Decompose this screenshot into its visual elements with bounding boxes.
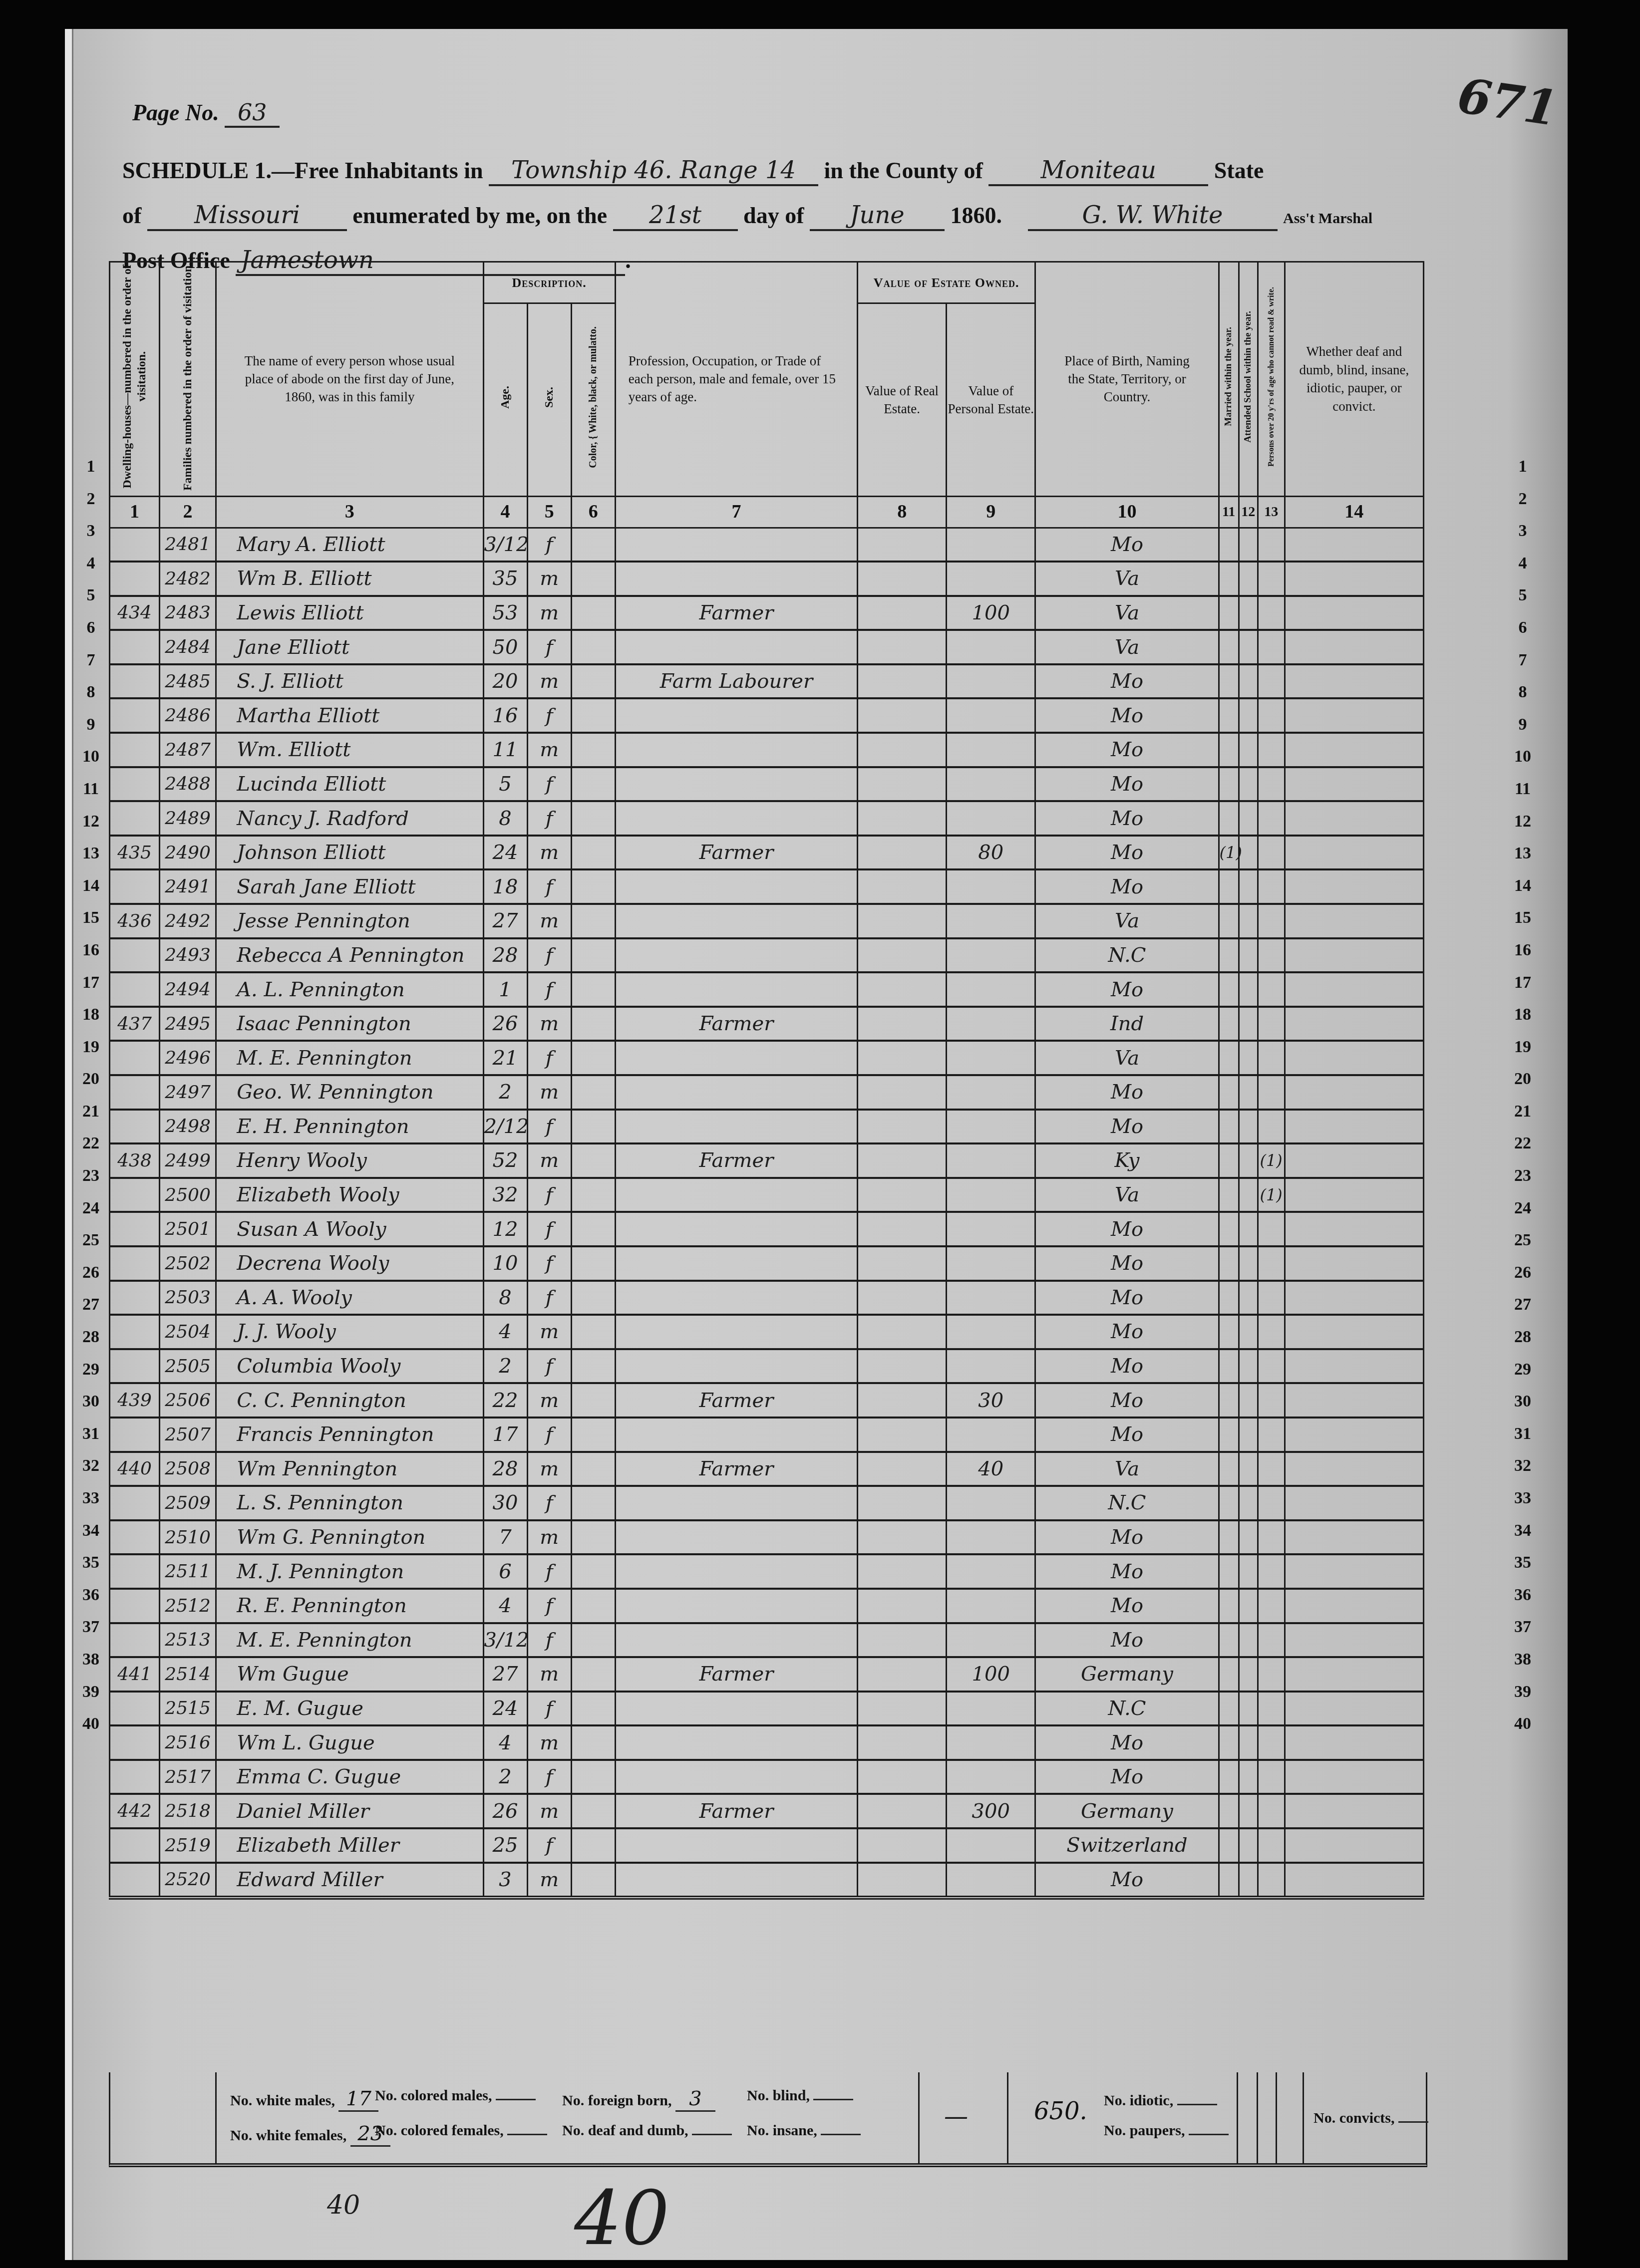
person-name-cell: Wm Gugue <box>216 1657 483 1692</box>
dwelling-number-cell <box>110 562 160 596</box>
married-within-year-cell <box>1219 1110 1239 1144</box>
col-num: 3 <box>216 496 483 528</box>
occupation-cell: Farmer <box>615 1383 857 1417</box>
family-number-cell: 2513 <box>160 1623 216 1658</box>
condition-cell <box>1285 1007 1423 1041</box>
condition-cell <box>1285 1452 1423 1486</box>
real-estate-value-cell <box>858 869 947 904</box>
col-num: 1 <box>110 496 160 528</box>
personal-estate-value-cell <box>947 1486 1035 1520</box>
condition-cell <box>1285 1623 1423 1658</box>
attended-school-cell <box>1239 801 1258 836</box>
married-within-year-cell <box>1219 698 1239 733</box>
table-row: 2488Lucinda Elliott5fMo <box>110 767 1424 802</box>
line-number: 8 <box>1508 676 1538 709</box>
birthplace-cell: Va <box>1035 596 1219 630</box>
family-number-cell: 2514 <box>160 1657 216 1692</box>
col-num: 11 <box>1219 496 1239 528</box>
occupation-cell <box>615 1623 857 1658</box>
color-cell <box>571 1725 615 1760</box>
line-number: 39 <box>76 1676 106 1708</box>
table-row: 2504J. J. Wooly4mMo <box>110 1315 1424 1349</box>
family-number-cell: 2516 <box>160 1725 216 1760</box>
sex-cell: f <box>527 698 571 733</box>
married-within-year-cell <box>1219 1452 1239 1486</box>
cannot-read-write-cell <box>1258 1110 1285 1144</box>
attended-school-cell <box>1239 1281 1258 1315</box>
line-number: 12 <box>76 806 106 838</box>
dwelling-number-cell <box>110 1178 160 1212</box>
sex-cell: m <box>527 1520 571 1555</box>
white-females-field: No. white females, 23 <box>230 2122 390 2147</box>
cannot-read-write-cell <box>1258 1520 1285 1555</box>
attended-school-cell <box>1239 1760 1258 1794</box>
age-cell: 27 <box>483 1657 527 1692</box>
table-row: 4412514Wm Gugue27mFarmer100Germany <box>110 1657 1424 1692</box>
convicts-field: No. convicts, <box>1313 2110 1428 2127</box>
sex-cell: m <box>527 1794 571 1828</box>
attended-school-cell <box>1239 938 1258 973</box>
person-name-cell: Jane Elliott <box>216 630 483 664</box>
real-estate-value-cell <box>858 1075 947 1110</box>
table-row: 2503A. A. Wooly8fMo <box>110 1281 1424 1315</box>
personal-estate-value-cell <box>947 630 1035 664</box>
cannot-read-write-cell <box>1258 562 1285 596</box>
condition-cell <box>1285 1383 1423 1417</box>
color-cell <box>571 1828 615 1863</box>
census-table: Dwelling-houses—numbered in the order of… <box>109 261 1424 1900</box>
age-cell: 26 <box>483 1007 527 1041</box>
sex-cell: f <box>527 767 571 802</box>
occupation-cell <box>615 562 857 596</box>
birthplace-cell: Mo <box>1035 869 1219 904</box>
birthplace-cell: Mo <box>1035 1212 1219 1246</box>
married-within-year-cell <box>1219 1486 1239 1520</box>
family-number-cell: 2505 <box>160 1349 216 1384</box>
line-number: 27 <box>1508 1289 1538 1321</box>
line-number: 6 <box>76 612 106 644</box>
real-estate-value-cell <box>858 1417 947 1452</box>
family-number-cell: 2496 <box>160 1041 216 1075</box>
birthplace-cell: Va <box>1035 1178 1219 1212</box>
attended-school-cell <box>1239 1212 1258 1246</box>
line-number: 15 <box>76 902 106 934</box>
table-row: 2510Wm G. Pennington7mMo <box>110 1520 1424 1555</box>
birthplace-cell: Mo <box>1035 767 1219 802</box>
birthplace-cell: Switzerland <box>1035 1828 1219 1863</box>
person-name-cell: E. M. Gugue <box>216 1692 483 1726</box>
real-estate-value-cell <box>858 1520 947 1555</box>
cannot-read-write-cell <box>1258 1281 1285 1315</box>
age-cell: 2/12 <box>483 1110 527 1144</box>
color-cell <box>571 1452 615 1486</box>
sex-cell: f <box>527 801 571 836</box>
married-within-year-cell <box>1219 1623 1239 1658</box>
dwelling-number-cell <box>110 938 160 973</box>
family-number-cell: 2486 <box>160 698 216 733</box>
line-number: 6 <box>1508 612 1538 644</box>
birthplace-cell: Germany <box>1035 1657 1219 1692</box>
person-name-cell: Decrena Wooly <box>216 1246 483 1281</box>
line-number: 3 <box>76 515 106 548</box>
birthplace-cell: Mo <box>1035 1520 1219 1555</box>
condition-cell <box>1285 1863 1423 1898</box>
line-number: 23 <box>76 1160 106 1192</box>
condition-cell <box>1285 1075 1423 1110</box>
personal-estate-value-cell <box>947 1589 1035 1623</box>
line-number: 11 <box>76 773 106 806</box>
person-name-cell: E. H. Pennington <box>216 1110 483 1144</box>
color-cell <box>571 1520 615 1555</box>
person-name-cell: A. L. Pennington <box>216 972 483 1007</box>
occupation-cell <box>615 1041 857 1075</box>
dwelling-number-cell: 434 <box>110 596 160 630</box>
col-num: 9 <box>947 496 1035 528</box>
line-number: 14 <box>1508 870 1538 902</box>
sex-cell: f <box>527 1417 571 1452</box>
married-within-year-cell <box>1219 1863 1239 1898</box>
occupation-cell <box>615 698 857 733</box>
personal-estate-value-cell <box>947 1623 1035 1658</box>
attended-school-cell <box>1239 1110 1258 1144</box>
col-header-personal-estate: Value of Personal Estate. <box>947 303 1035 496</box>
table-row: 2511M. J. Pennington6fMo <box>110 1554 1424 1589</box>
color-cell <box>571 801 615 836</box>
family-number-cell: 2489 <box>160 801 216 836</box>
cannot-read-write-cell <box>1258 972 1285 1007</box>
sex-cell: f <box>527 1041 571 1075</box>
line-number: 7 <box>76 644 106 677</box>
sex-cell: f <box>527 1692 571 1726</box>
attended-school-cell <box>1239 562 1258 596</box>
dwelling-number-cell <box>110 1349 160 1384</box>
line-number: 7 <box>1508 644 1538 677</box>
condition-cell <box>1285 1143 1423 1178</box>
family-number-cell: 2512 <box>160 1589 216 1623</box>
page-edge <box>65 29 73 2260</box>
summary-footer: No. white males, 17 No. white females, 2… <box>109 2072 1427 2167</box>
dwelling-number-cell <box>110 1315 160 1349</box>
sex-cell: f <box>527 1760 571 1794</box>
line-number: 30 <box>76 1386 106 1418</box>
personal-estate-value-cell <box>947 1281 1035 1315</box>
dwelling-number-cell <box>110 1520 160 1555</box>
condition-cell <box>1285 562 1423 596</box>
married-within-year-cell <box>1219 1212 1239 1246</box>
table-row: 2496M. E. Pennington21fVa <box>110 1041 1424 1075</box>
real-estate-value-cell <box>858 698 947 733</box>
family-number-cell: 2519 <box>160 1828 216 1863</box>
dwelling-number-cell <box>110 1760 160 1794</box>
birthplace-cell: Mo <box>1035 836 1219 870</box>
page-number: Page No. 63 <box>132 99 280 128</box>
line-number: 1 <box>1508 451 1538 483</box>
person-name-cell: Elizabeth Miller <box>216 1828 483 1863</box>
col-header-school: Attended School within the year. <box>1239 262 1258 497</box>
birthplace-cell: Mo <box>1035 1110 1219 1144</box>
dwelling-number-cell <box>110 1212 160 1246</box>
family-number-cell: 2487 <box>160 733 216 767</box>
real-estate-value-cell <box>858 1589 947 1623</box>
margin-note-large-count: 40 <box>574 2175 669 2262</box>
personal-estate-value-cell <box>947 1110 1035 1144</box>
attended-school-cell <box>1239 1246 1258 1281</box>
col-header-married: Married within the year. <box>1219 262 1239 497</box>
color-cell <box>571 1143 615 1178</box>
married-within-year-cell <box>1219 1828 1239 1863</box>
stamp-number: 671 <box>1454 67 1561 137</box>
condition-cell <box>1285 1589 1423 1623</box>
person-name-cell: Wm. Elliott <box>216 733 483 767</box>
married-within-year-cell <box>1219 1760 1239 1794</box>
personal-estate-value-cell <box>947 664 1035 699</box>
real-estate-value-cell <box>858 1178 947 1212</box>
attended-school-cell <box>1239 1692 1258 1726</box>
real-estate-value-cell <box>858 1007 947 1041</box>
family-number-cell: 2503 <box>160 1281 216 1315</box>
attended-school-cell <box>1239 1725 1258 1760</box>
table-row: 2493Rebecca A Pennington28fN.C <box>110 938 1424 973</box>
line-number: 33 <box>76 1482 106 1515</box>
birthplace-cell: N.C <box>1035 1486 1219 1520</box>
birthplace-cell: Mo <box>1035 1725 1219 1760</box>
personal-estate-value-cell <box>947 869 1035 904</box>
age-cell: 32 <box>483 1178 527 1212</box>
col-header-illiterate: Persons over 20 y'rs of age who cannot r… <box>1258 262 1285 497</box>
family-number-cell: 2494 <box>160 972 216 1007</box>
attended-school-cell <box>1239 1589 1258 1623</box>
real-estate-value-cell <box>858 1828 947 1863</box>
family-number-cell: 2509 <box>160 1486 216 1520</box>
occupation-cell <box>615 1554 857 1589</box>
census-rows: 2481Mary A. Elliott3/12fMo2482Wm B. Elli… <box>110 528 1424 1898</box>
age-cell: 17 <box>483 1417 527 1452</box>
color-cell <box>571 1041 615 1075</box>
married-within-year-cell <box>1219 1554 1239 1589</box>
cannot-read-write-cell <box>1258 836 1285 870</box>
col-num: 12 <box>1239 496 1258 528</box>
age-cell: 24 <box>483 1692 527 1726</box>
sex-cell: m <box>527 1315 571 1349</box>
line-number: 22 <box>76 1128 106 1160</box>
color-cell <box>571 1486 615 1520</box>
person-name-cell: Wm L. Gugue <box>216 1725 483 1760</box>
color-cell <box>571 1794 615 1828</box>
dwelling-number-cell <box>110 1589 160 1623</box>
dwelling-number-cell <box>110 664 160 699</box>
condition-cell <box>1285 1041 1423 1075</box>
real-estate-value-cell <box>858 1349 947 1384</box>
person-name-cell: M. E. Pennington <box>216 1041 483 1075</box>
cannot-read-write-cell <box>1258 1315 1285 1349</box>
age-cell: 8 <box>483 801 527 836</box>
line-number: 38 <box>76 1644 106 1676</box>
line-number: 17 <box>76 967 106 999</box>
color-cell <box>571 1178 615 1212</box>
line-number: 4 <box>1508 548 1538 580</box>
real-estate-value-cell <box>858 1760 947 1794</box>
margin-note-count: 40 <box>327 2190 360 2220</box>
cannot-read-write-cell <box>1258 698 1285 733</box>
col-num: 13 <box>1258 496 1285 528</box>
attended-school-cell <box>1239 1452 1258 1486</box>
occupation-cell <box>615 1417 857 1452</box>
line-number: 26 <box>1508 1257 1538 1289</box>
foreign-born-field: No. foreign born, 3 <box>562 2087 715 2112</box>
person-name-cell: Johnson Elliott <box>216 836 483 870</box>
condition-cell <box>1285 1692 1423 1726</box>
dwelling-number-cell <box>110 1110 160 1144</box>
table-row: 2507Francis Pennington17fMo <box>110 1417 1424 1452</box>
birthplace-cell: Mo <box>1035 1383 1219 1417</box>
color-cell <box>571 904 615 938</box>
personal-estate-value-cell <box>947 1725 1035 1760</box>
personal-estate-value-cell <box>947 904 1035 938</box>
real-estate-value-cell <box>858 1383 947 1417</box>
age-cell: 3/12 <box>483 528 527 562</box>
condition-cell <box>1285 733 1423 767</box>
col-num: 6 <box>571 496 615 528</box>
table-row: 2497Geo. W. Pennington2mMo <box>110 1075 1424 1110</box>
occupation-cell: Farmer <box>615 1007 857 1041</box>
occupation-cell <box>615 528 857 562</box>
dwelling-number-cell <box>110 869 160 904</box>
family-number-cell: 2506 <box>160 1383 216 1417</box>
birthplace-cell: Mo <box>1035 1760 1219 1794</box>
age-cell: 6 <box>483 1554 527 1589</box>
married-within-year-cell <box>1219 1383 1239 1417</box>
birthplace-cell: Mo <box>1035 733 1219 767</box>
dwelling-number-cell <box>110 1281 160 1315</box>
col-num: 8 <box>858 496 947 528</box>
table-row: 2489Nancy J. Radford8fMo <box>110 801 1424 836</box>
personal-estate-value-cell <box>947 562 1035 596</box>
dwelling-number-cell <box>110 1075 160 1110</box>
cannot-read-write-cell <box>1258 1623 1285 1658</box>
cannot-read-write-cell: (1) <box>1258 1143 1285 1178</box>
occupation-cell <box>615 1315 857 1349</box>
col-header-name: The name of every person whose usual pla… <box>216 262 483 497</box>
line-number: 2 <box>1508 483 1538 516</box>
cannot-read-write-cell <box>1258 1075 1285 1110</box>
sex-cell: f <box>527 1212 571 1246</box>
condition-cell <box>1285 801 1423 836</box>
condition-cell <box>1285 938 1423 973</box>
col-num: 2 <box>160 496 216 528</box>
married-within-year-cell <box>1219 1315 1239 1349</box>
real-estate-value-cell <box>858 1794 947 1828</box>
attended-school-cell <box>1239 528 1258 562</box>
person-name-cell: Henry Wooly <box>216 1143 483 1178</box>
line-number: 32 <box>1508 1450 1538 1482</box>
color-cell <box>571 1315 615 1349</box>
person-name-cell: Wm G. Pennington <box>216 1520 483 1555</box>
line-number: 19 <box>76 1031 106 1064</box>
line-number: 28 <box>76 1321 106 1354</box>
dwelling-number-cell <box>110 1554 160 1589</box>
line-number: 35 <box>76 1547 106 1579</box>
occupation-cell: Farmer <box>615 1143 857 1178</box>
family-number-cell: 2499 <box>160 1143 216 1178</box>
line-number: 10 <box>76 741 106 773</box>
age-cell: 12 <box>483 1212 527 1246</box>
sex-cell: f <box>527 869 571 904</box>
personal-estate-value-cell <box>947 1041 1035 1075</box>
attended-school-cell <box>1239 1554 1258 1589</box>
color-cell <box>571 1349 615 1384</box>
person-name-cell: Francis Pennington <box>216 1417 483 1452</box>
real-estate-value-cell <box>858 1041 947 1075</box>
table-row: 2520Edward Miller3mMo <box>110 1863 1424 1898</box>
personal-estate-value-cell <box>947 1143 1035 1178</box>
table-row: 2481Mary A. Elliott3/12fMo <box>110 528 1424 562</box>
col-header-dwelling: Dwelling-houses—numbered in the order of… <box>110 262 160 497</box>
family-number-cell: 2508 <box>160 1452 216 1486</box>
family-number-cell: 2490 <box>160 836 216 870</box>
condition-cell <box>1285 1315 1423 1349</box>
line-number: 13 <box>76 838 106 870</box>
person-name-cell: Elizabeth Wooly <box>216 1178 483 1212</box>
occupation-cell <box>615 1075 857 1110</box>
personal-estate-value-cell <box>947 698 1035 733</box>
table-row: 2502Decrena Wooly10fMo <box>110 1246 1424 1281</box>
attended-school-cell <box>1239 904 1258 938</box>
family-number-cell: 2488 <box>160 767 216 802</box>
table-row: 2500Elizabeth Wooly32fVa(1) <box>110 1178 1424 1212</box>
attended-school-cell <box>1239 596 1258 630</box>
family-number-cell: 2507 <box>160 1417 216 1452</box>
dwelling-number-cell <box>110 1246 160 1281</box>
occupation-cell <box>615 1863 857 1898</box>
col-header-occupation: Profession, Occupation, or Trade of each… <box>615 262 857 497</box>
age-cell: 4 <box>483 1315 527 1349</box>
col-num: 5 <box>527 496 571 528</box>
family-number-cell: 2498 <box>160 1110 216 1144</box>
dwelling-number-cell: 437 <box>110 1007 160 1041</box>
occupation-cell <box>615 630 857 664</box>
color-cell <box>571 938 615 973</box>
person-name-cell: Edward Miller <box>216 1863 483 1898</box>
person-name-cell: Emma C. Gugue <box>216 1760 483 1794</box>
table-row: 2515E. M. Gugue24fN.C <box>110 1692 1424 1726</box>
condition-cell <box>1285 869 1423 904</box>
personal-estate-value-cell: 40 <box>947 1452 1035 1486</box>
personal-estate-value-cell <box>947 733 1035 767</box>
personal-estate-value-cell <box>947 801 1035 836</box>
county-field: Moniteau <box>988 156 1208 186</box>
cannot-read-write-cell <box>1258 1589 1285 1623</box>
married-within-year-cell <box>1219 904 1239 938</box>
personal-estate-value-cell: 100 <box>947 1657 1035 1692</box>
cannot-read-write-cell <box>1258 801 1285 836</box>
line-number: 4 <box>76 548 106 580</box>
table-row: 4402508Wm Pennington28mFarmer40Va <box>110 1452 1424 1486</box>
white-males-field: No. white males, 17 <box>230 2087 378 2112</box>
color-cell <box>571 1863 615 1898</box>
table-row: 2516Wm L. Gugue4mMo <box>110 1725 1424 1760</box>
condition-cell <box>1285 1657 1423 1692</box>
attended-school-cell <box>1239 1828 1258 1863</box>
birthplace-cell: Mo <box>1035 1417 1219 1452</box>
attended-school-cell <box>1239 1623 1258 1658</box>
color-cell <box>571 1760 615 1794</box>
personal-estate-value-cell <box>947 1007 1035 1041</box>
color-cell <box>571 836 615 870</box>
dwelling-number-cell <box>110 1417 160 1452</box>
table-row: 4372495Isaac Pennington26mFarmerInd <box>110 1007 1424 1041</box>
married-within-year-cell <box>1219 1725 1239 1760</box>
personal-estate-value-cell <box>947 1760 1035 1794</box>
